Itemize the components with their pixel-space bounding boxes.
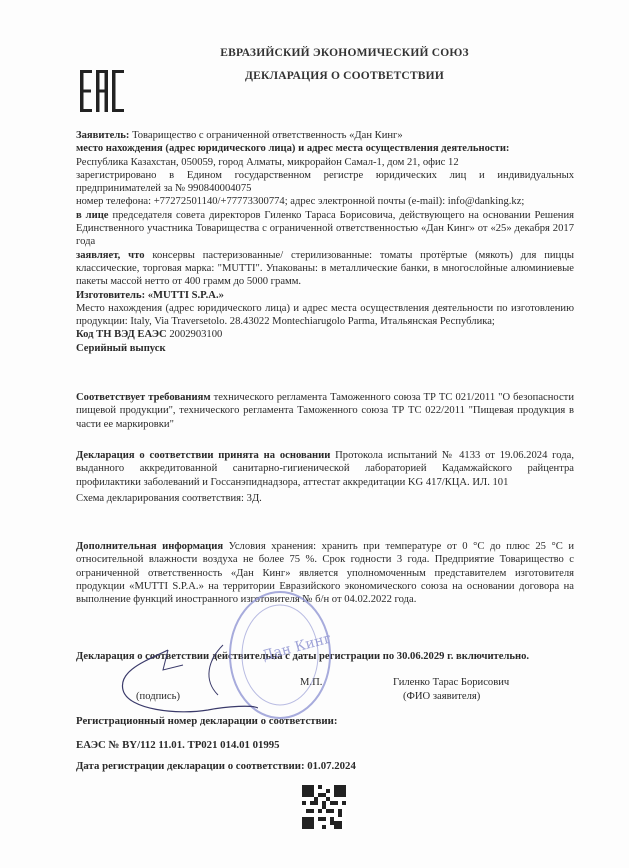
compliance-section: Соответствует требованиям технического р… (76, 391, 574, 431)
applicant-label: Заявитель: (76, 130, 129, 141)
declaration-scheme: Схема декларирования соответствия: 3Д. (76, 492, 574, 505)
applicant-address-label: место нахождения (адрес юридического лиц… (76, 142, 574, 155)
compliance-label: Соответствует требованиям (76, 392, 211, 403)
signer-name-label: (ФИО заявителя) (403, 691, 480, 702)
applicant-registration: зарегистрировано в Едином государственно… (76, 169, 574, 196)
represented-label: в лице (76, 210, 109, 221)
hs-code-value: 2002903100 (167, 329, 223, 340)
registration-number: ЕАЭС № BY/112 11.01. ТР021 014.01 01995 (76, 739, 280, 751)
qr-code-icon[interactable] (302, 785, 346, 829)
applicant-address: Республика Казахстан, 050059, город Алма… (76, 156, 574, 169)
union-title: ЕВРАЗИЙСКИЙ ЭКОНОМИЧЕСКИЙ СОЮЗ (30, 47, 629, 59)
declares-label: заявляет, что (76, 250, 145, 261)
registration-number-label: Регистрационный номер декларации о соотв… (76, 715, 337, 727)
registration-date: Дата регистрации декларации о соответств… (76, 760, 356, 772)
manufacturer-value: «MUTTI S.P.A.» (145, 290, 224, 301)
hs-code-label: Код ТН ВЭД ЕАЭС (76, 329, 167, 340)
additional-label: Дополнительная информация (76, 541, 223, 552)
hs-code-line: Код ТН ВЭД ЕАЭС 2002903100 (76, 328, 574, 341)
represented-value: председателя совета директоров Гиленко Т… (76, 210, 574, 248)
validity-text: Декларация о соответствии действительна … (76, 650, 574, 663)
manufacturer-address: Место нахождения (адрес юридического лиц… (76, 302, 574, 329)
represented-by: в лице председателя совета директоров Ги… (76, 209, 574, 249)
applicant-section: Заявитель: Товарищество с ограниченной о… (76, 129, 574, 355)
stamp-mark: М.П. (300, 677, 322, 688)
manufacturer-label: Изготовитель: (76, 290, 145, 301)
basis-label: Декларация о соответствии принята на осн… (76, 450, 330, 461)
signature-label: (подпись) (136, 691, 180, 702)
batch-type: Серийный выпуск (76, 342, 574, 355)
document-title: ДЕКЛАРАЦИЯ О СООТВЕТСТВИИ (30, 70, 629, 82)
additional-info-section: Дополнительная информация Условия хранен… (76, 540, 574, 606)
applicant-line: Заявитель: Товарищество с ограниченной о… (76, 129, 574, 142)
signature-row: (подпись) М.П. Гиленко Тарас Борисович (… (76, 677, 574, 707)
product-declaration: заявляет, что консервы пастеризованные/ … (76, 249, 574, 289)
applicant-contacts: номер телефона: +77272501140/+7777330077… (76, 195, 574, 208)
applicant-value: Товарищество с ограниченной ответственно… (129, 130, 402, 141)
manufacturer-line: Изготовитель: «MUTTI S.P.A.» (76, 289, 574, 302)
declares-value: консервы пастеризованные/ стерилизованны… (76, 250, 574, 288)
validity-section: Декларация о соответствии действительна … (76, 650, 574, 663)
declaration-page: ЕВРАЗИЙСКИЙ ЭКОНОМИЧЕСКИЙ СОЮЗ ДЕКЛАРАЦИ… (0, 0, 629, 868)
basis-section: Декларация о соответствии принята на осн… (76, 449, 574, 505)
signer-name: Гиленко Тарас Борисович (393, 677, 509, 688)
